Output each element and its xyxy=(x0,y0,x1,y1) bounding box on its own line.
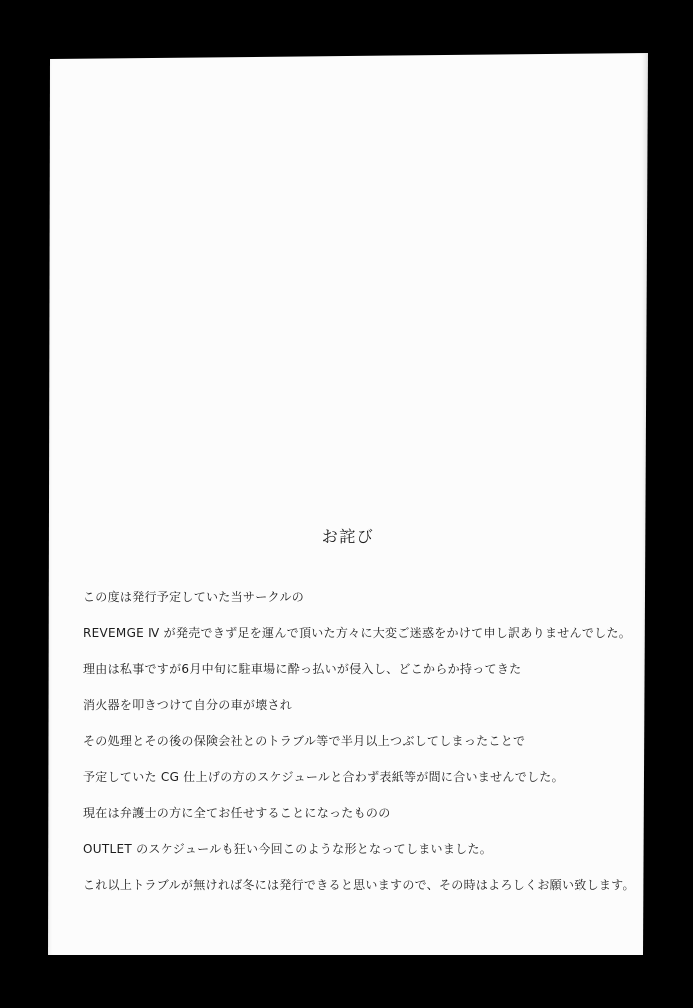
paragraph-line: 予定していた CG 仕上げの方のスケジュールと合わず表紙等が間に合いませんでした… xyxy=(83,759,644,795)
paragraph-line: その処理とその後の保険会社とのトラブル等で半月以上つぶしてしまったことで xyxy=(83,723,644,759)
apology-paragraph: この度は発行予定していた当サークルの REVEMGE Ⅳ が発売できず足を運んで… xyxy=(83,579,644,903)
paragraph-line: この度は発行予定していた当サークルの xyxy=(83,579,644,615)
page-title: お詫び xyxy=(48,526,648,548)
paragraph-line: OUTLET のスケジュールも狂い今回このような形となってしまいました。 xyxy=(83,831,644,867)
paragraph-line: 理由は私事ですが6月中旬に駐車場に酔っ払いが侵入し、どこからか持ってきた xyxy=(83,651,644,687)
paragraph-line: これ以上トラブルが無ければ冬には発行できると思いますので、その時はよろしくお願い… xyxy=(83,867,644,903)
paragraph-line: REVEMGE Ⅳ が発売できず足を運んで頂いた方々に大変ご迷惑をかけて申し訳あ… xyxy=(83,615,644,651)
paper-page: お詫び この度は発行予定していた当サークルの REVEMGE Ⅳ が発売できず足… xyxy=(48,53,648,956)
paragraph-line: 消火器を叩きつけて自分の車が壊され xyxy=(83,687,644,723)
paragraph-line: 現在は弁護士の方に全てお任せすることになったものの xyxy=(83,795,644,831)
